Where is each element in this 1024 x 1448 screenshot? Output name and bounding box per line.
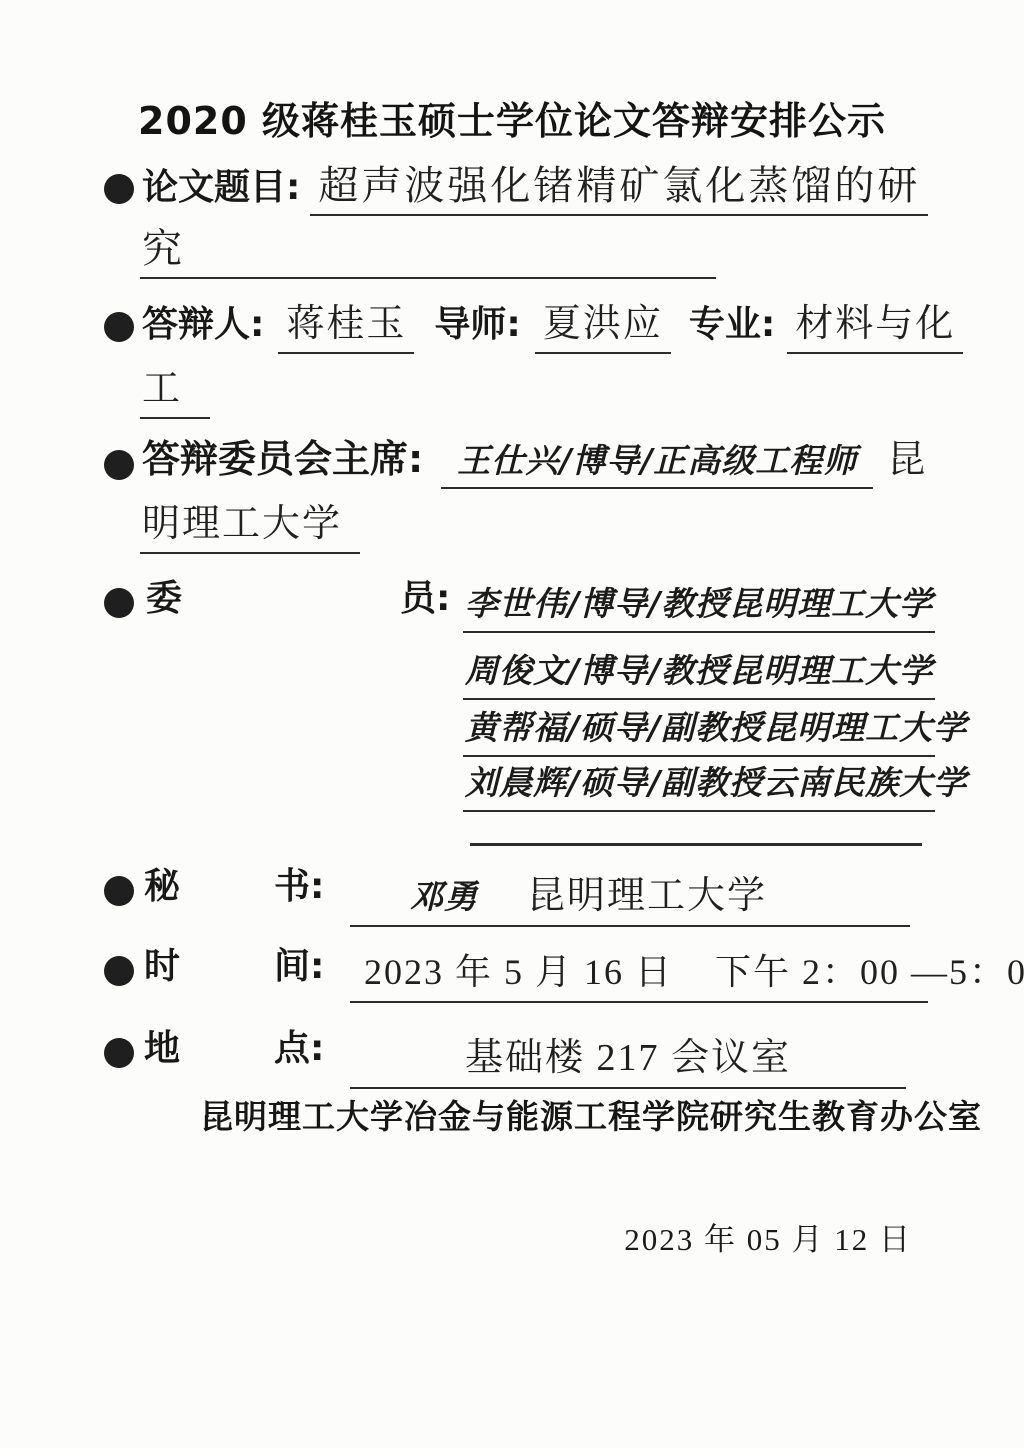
major-value-line1: 材料与化 [787, 303, 963, 354]
secretary-label-char2: 书: [274, 866, 324, 907]
defender-row: 答辩人: 蒋桂玉 导师: 夏洪应 专业: 材料与化 [142, 303, 963, 354]
page-title: 2020 级蒋桂玉硕士学位论文答辩安排公示 [0, 100, 1024, 144]
secretary-affiliation: 昆明理工大学 [527, 875, 767, 917]
time-label-char2: 间: [274, 946, 324, 987]
bullet-icon [104, 1038, 134, 1068]
time-range: 下午 2：00 —5：00 [715, 952, 1024, 992]
bullet-icon [104, 312, 134, 342]
committee-member-affiliation: 昆明理工大学 [729, 645, 933, 692]
time-date: 2023 年 5 月 16 日 [364, 952, 673, 992]
committee-member-entry: 周俊文/博导/教授 [465, 645, 729, 692]
committee-member-row: 周俊文/博导/教授 昆明理工大学 [463, 645, 935, 700]
place-label-char2: 点: [274, 1028, 324, 1069]
chair-affiliation-wrap-row: 明理工大学 [140, 503, 360, 554]
committee-member-affiliation: 昆明理工大学 [729, 578, 933, 625]
thesis-title-row: 论文题目: 超声波强化锗精矿氯化蒸馏的研 [142, 163, 928, 216]
committee-member-entry: 刘晨辉/硕导/副教授 [465, 757, 763, 804]
chair-affiliation-line2: 明理工大学 [140, 503, 360, 554]
thesis-title-value-line2: 究 [140, 226, 716, 279]
defender-label: 答辩人: [142, 304, 264, 345]
committee-member-entry: 黄帮福/硕导/副教授 [465, 702, 763, 749]
chair-label: 答辩委员会主席: [142, 437, 423, 481]
chair-affiliation-line1: 昆 [887, 439, 927, 481]
blank-signature-line [470, 843, 922, 846]
bullet-icon [104, 956, 134, 986]
issue-date: 2023 年 05 月 12 日 [624, 1222, 912, 1258]
time-value-line: 2023 年 5 月 16 日 下午 2：00 —5：00 [350, 944, 928, 1003]
committee-member-row: 黄帮福/硕导/副教授 昆明理工大学 [463, 702, 935, 757]
defender-name: 蒋桂玉 [278, 303, 414, 354]
place-label-char1: 地 [144, 1028, 180, 1069]
committee-member-row: 刘晨辉/硕导/副教授 云南民族大学 [463, 757, 935, 812]
bullet-icon [104, 588, 134, 618]
defense-notice-page: 2020 级蒋桂玉硕士学位论文答辩安排公示 论文题目: 超声波强化锗精矿氯化蒸馏… [0, 0, 1024, 1448]
place-value: 基础楼 217 会议室 [465, 1037, 791, 1079]
major-wrap-row: 工 [140, 368, 210, 419]
advisor-label: 导师: [434, 304, 520, 345]
bullet-icon [104, 876, 134, 906]
thesis-title-wrap-row: 究 [140, 226, 716, 279]
committee-label-char2: 员: [400, 578, 450, 619]
secretary-name: 邓勇 [410, 877, 478, 916]
issuing-office: 昆明理工大学冶金与能源工程学院研究生教育办公室 [200, 1098, 982, 1136]
committee-member-row: 李世伟/博导/教授 昆明理工大学 [463, 578, 935, 633]
secretary-value-line: 邓勇 昆明理工大学 [350, 864, 910, 927]
thesis-title-value-line1: 超声波强化锗精矿氯化蒸馏的研 [310, 163, 928, 216]
chair-row: 答辩委员会主席: 王仕兴/博导/正高级工程师 昆 [142, 438, 927, 489]
committee-label-char1: 委 [146, 578, 182, 619]
major-label: 专业: [689, 304, 775, 345]
committee-member-entry: 李世伟/博导/教授 [465, 578, 729, 625]
advisor-name: 夏洪应 [535, 303, 671, 354]
bullet-icon [104, 450, 134, 480]
thesis-title-label: 论文题目: [142, 167, 300, 208]
major-value-line2: 工 [140, 368, 210, 419]
committee-member-affiliation: 昆明理工大学 [763, 702, 967, 749]
time-label-char1: 时 [144, 946, 180, 987]
committee-member-affiliation: 云南民族大学 [763, 757, 967, 804]
bullet-icon [104, 174, 134, 204]
secretary-label-char1: 秘 [144, 866, 180, 907]
chair-entry: 王仕兴/博导/正高级工程师 [441, 442, 873, 489]
place-value-line: 基础楼 217 会议室 [350, 1026, 906, 1089]
